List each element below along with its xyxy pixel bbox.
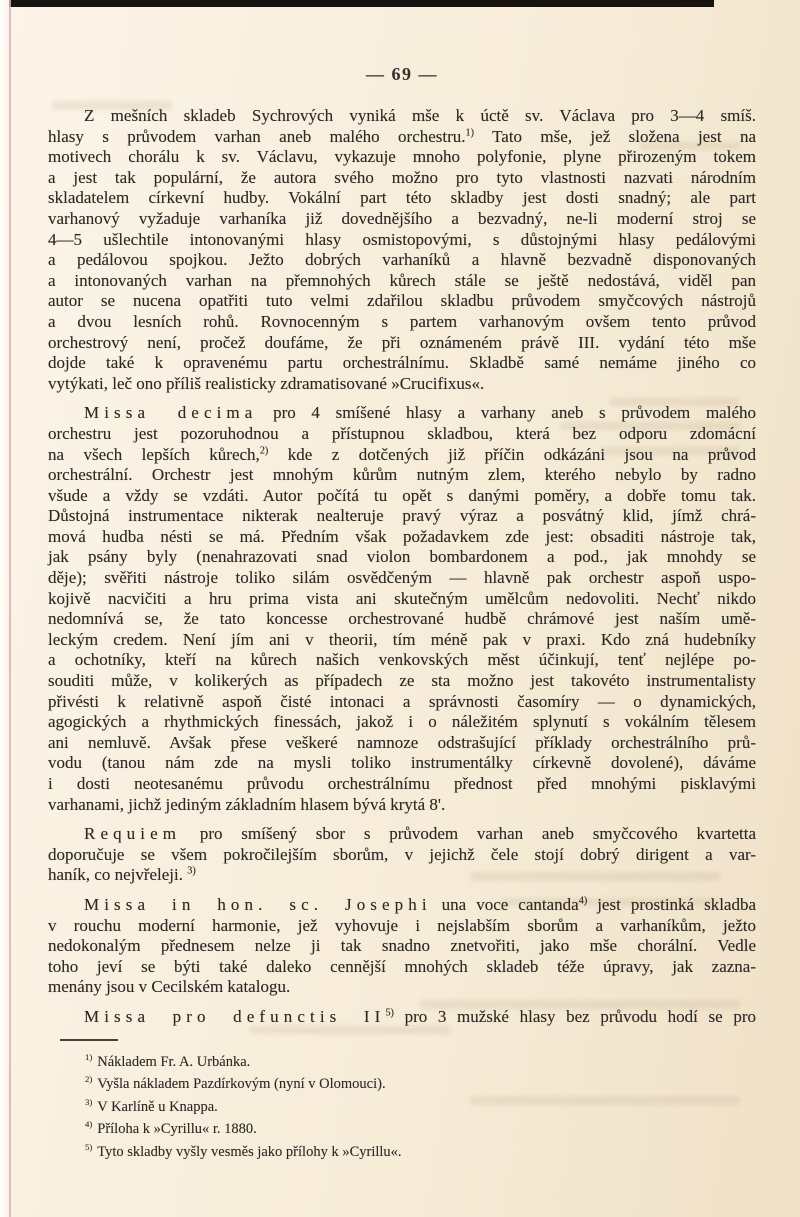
text-line: nedomnívá se, že tato koncesse orchestro… (48, 609, 756, 630)
scanned-page: — 69 — Z mešních skladeb Sychrových vyni… (0, 0, 800, 1217)
text-line: a ochotníky, kteří na kůrech našich venk… (48, 650, 756, 671)
text-line: menány jsou v Cecilském katalogu. (48, 977, 756, 998)
text-line: vytýkati, leč ono příliš realisticky zdr… (48, 374, 756, 395)
text-line: motivech chorálu k sv. Václavu, vykazuje… (48, 147, 756, 168)
footnote-item: 5)Tyto skladby vyšly vesměs jako přílohy… (48, 1141, 756, 1164)
footnote-item: 2)Vyšla nákladem Pazdírkovým (nyní v Olo… (48, 1073, 756, 1096)
page-number: — 69 — (48, 64, 756, 85)
work-title-spaced: Missa in hon. sc. Josephi (84, 895, 432, 914)
text-line: i dosti neotesanému průvodu orchestrální… (48, 774, 756, 795)
page-content: — 69 — Z mešních skladeb Sychrových vyni… (48, 0, 756, 1163)
text-line: doporučuje se všem pokročilejším sborům,… (48, 845, 756, 866)
text-line: a jest tak populární, že autora svého mo… (48, 168, 756, 189)
text-line: dojde také k opravenému partu orchestrál… (48, 353, 756, 374)
text-line: 4—5 ušlechtile intonovanými hlasy osmist… (48, 230, 756, 251)
footnote-text: Vyšla nákladem Pazdírkovým (nyní v Olomo… (97, 1076, 385, 1092)
text-line: přivésti k relativně aspoň čisté intonac… (48, 692, 756, 713)
footnote-item: 1)Nákladem Fr. A. Urbánka. (48, 1051, 756, 1074)
work-title-spaced: Requiem (84, 824, 181, 843)
text-line: agogických a rhythmických finessách, jak… (48, 712, 756, 733)
text-line: kojivě nacvičiti a hru prima vista ani s… (48, 589, 756, 610)
footnotes: 1)Nákladem Fr. A. Urbánka.2)Vyšla náklad… (48, 1051, 756, 1164)
text-line: mová hudba nésti se má. Předním však pož… (48, 527, 756, 548)
footnote-marker: 1) (85, 1052, 92, 1062)
footnote-reference: 2) (260, 445, 269, 456)
text-line: hlasy s průvodem varhan aneb malého orch… (48, 127, 756, 148)
text-line: skladatelem církevní hudby. Vokální part… (48, 188, 756, 209)
work-title-spaced: Missa pro defunctis II (84, 1007, 385, 1026)
footnote-marker: 4) (85, 1119, 92, 1129)
text-line: Z mešních skladeb Sychrových vyniká mše … (48, 106, 756, 127)
text-line: Missa in hon. sc. Josephi una voce canta… (48, 895, 756, 916)
text-line: všude a vždy se vzdáti. Autor počítá tu … (48, 486, 756, 507)
paragraph: Z mešních skladeb Sychrových vyniká mše … (48, 106, 756, 394)
footnote-text: Tyto skladby vyšly vesměs jako přílohy k… (97, 1144, 401, 1160)
text-line: na všech lepších kůrech,2) kde z dotčený… (48, 445, 756, 466)
text-line: Missa pro defunctis II5) pro 3 mužské hl… (48, 1007, 756, 1028)
footnote-item: 4)Příloha k »Cyrillu« r. 1880. (48, 1118, 756, 1141)
text-line: a dvou lesních rohů. Rovnocenným s parte… (48, 312, 756, 333)
text-line: Důstojná instrumentace nikterak nealteru… (48, 506, 756, 527)
work-title-spaced: Missa decima (84, 403, 257, 422)
text-line: souditi může, v kolikerých as případech … (48, 671, 756, 692)
footnote-separator-rule (60, 1039, 118, 1041)
footnote-item: 3)V Karlíně u Knappa. (48, 1096, 756, 1119)
text-line: nedokonalým přednesem nelze ji tak snadn… (48, 936, 756, 957)
footnote-reference: 5) (385, 1007, 394, 1018)
text-line: děje); svěřiti nástroje toliko silám osv… (48, 568, 756, 589)
text-line: varhanami, jichž jediným základním hlase… (48, 795, 756, 816)
paragraph: Missa decima pro 4 smíšené hlasy a varha… (48, 403, 756, 815)
margin-pink-line (9, 0, 11, 1217)
text-line: haník, co nejvřeleji. 3) (48, 865, 756, 886)
paragraph: Missa pro defunctis II5) pro 3 mužské hl… (48, 1007, 756, 1028)
text-line: a intonovaných varhan na přemnohých kůre… (48, 271, 756, 292)
footnote-text: V Karlíně u Knappa. (97, 1099, 218, 1115)
footnote-reference: 3) (187, 866, 196, 877)
text-line: jak psány byly (nenahrazovati snad violo… (48, 547, 756, 568)
text-line: toho jeví se býti také daleko cennější m… (48, 957, 756, 978)
paragraphs: Z mešních skladeb Sychrových vyniká mše … (48, 106, 756, 1028)
text-line: a pedálovou spojkou. Ježto dobrých varha… (48, 250, 756, 271)
scan-edge-left-strip (0, 0, 9, 1217)
text-line: Requiem pro smíšený sbor s průvodem varh… (48, 824, 756, 845)
text-line: ani nemluvě. Avšak přese veškeré namnoze… (48, 733, 756, 754)
footnote-marker: 3) (85, 1097, 92, 1107)
text-line: orchestrální. Orchestr jest mnohým kůrům… (48, 465, 756, 486)
text-line: Missa decima pro 4 smíšené hlasy a varha… (48, 403, 756, 424)
text-line: v rouchu moderní harmonie, jež vyhovuje … (48, 916, 756, 937)
paragraph: Missa in hon. sc. Josephi una voce canta… (48, 895, 756, 998)
text-line: varhanový vyžaduje varhaníka již dovedně… (48, 209, 756, 230)
footnote-reference: 4) (579, 895, 588, 906)
footnote-text: Příloha k »Cyrillu« r. 1880. (97, 1121, 257, 1137)
footnote-reference: 1) (466, 127, 475, 138)
text-line: vodu (tanou nám zde na mysli toliko inst… (48, 753, 756, 774)
text-line: orchestru jest pozoruhodnou a přístupnou… (48, 424, 756, 445)
footnote-marker: 2) (85, 1074, 92, 1084)
footnote-marker: 5) (85, 1142, 92, 1152)
text-line: orchestrový není, pročež doufáme, že při… (48, 333, 756, 354)
text-line: leckým credem. Není jím ani v theorii, t… (48, 630, 756, 651)
footnote-text: Nákladem Fr. A. Urbánka. (97, 1054, 250, 1070)
paragraph: Requiem pro smíšený sbor s průvodem varh… (48, 824, 756, 886)
text-line: autor se nucena opatřiti tuto velmi zdař… (48, 291, 756, 312)
